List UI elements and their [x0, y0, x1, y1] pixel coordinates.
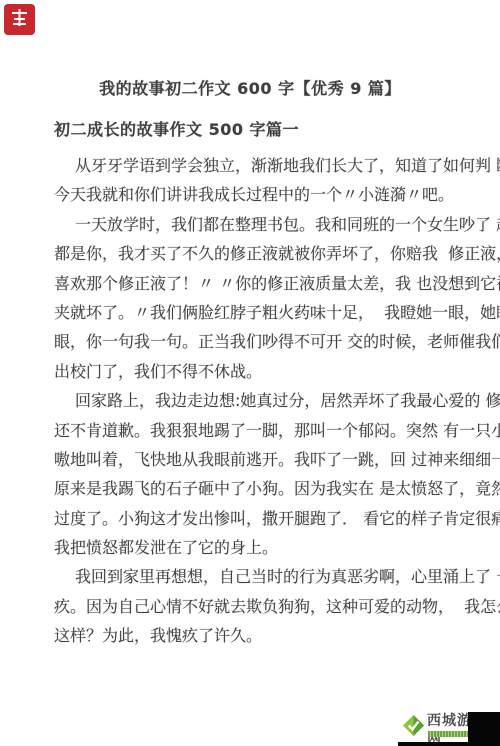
essay-line: 原来是我踢飞的石子砸中了小狗。因为我实在 是太愤怒了，竟然用力 [54, 474, 450, 503]
essay-line: 还不肯道歉。我狠狠地踢了一脚，那叫一个郁闷。突然 有一只小狗嗷 [54, 416, 450, 445]
essay-line: 夹就坏了。〃我们俩脸红脖子粗火药味十足， 我瞪她一眼，她瞪我一 [54, 298, 450, 327]
essay-line: 今天我就和你们讲讲我成长过程中的一个〃小涟漪〃吧。 [54, 180, 450, 209]
watermark-logo-icon [402, 714, 425, 737]
essay-line: 我把愤怒都发泄在了它的身上。 [54, 533, 450, 562]
page-title: 我的故事初二作文 600 字【优秀 9 篇】 [0, 76, 500, 99]
corner-black-block [468, 712, 500, 746]
essay-line: 从牙牙学语到学会独立，渐渐地我们长大了，知道了如何判 断是非， [54, 151, 450, 180]
bottom-black-strip [398, 742, 468, 746]
essay-line: 都是你，我才买了不久的修正液就被你弄坏了，你赔我 修正液，我可 [54, 239, 450, 268]
essay-line: 眼，你一句我一句。正当我们吵得不可开 交的时候，老师催我们排队 [54, 327, 450, 356]
essay-body: 从牙牙学语到学会独立，渐渐地我们长大了，知道了如何判 断是非，今天我就和你们讲讲… [54, 151, 450, 651]
essay-line: 一天放学时，我们都在整理书包。我和同班的一个女生吵了 起来:〃 [54, 210, 450, 239]
essay-line: 回家路上，我边走边想:她真过分，居然弄坏了我最心爱的 修正液， [54, 386, 450, 415]
corner-badge [4, 4, 35, 35]
essay-subtitle: 初二成长的故事作文 500 字篇一 [54, 117, 299, 140]
essay-line: 疚。因为自己心情不好就去欺负狗狗，这种可爱的动物， 我怎么可以 [54, 592, 450, 621]
essay-line: 这样？为此，我愧疚了许久。 [54, 621, 450, 650]
essay-line: 出校门了，我们不得不休战。 [54, 357, 450, 386]
document-page: 我的故事初二作文 600 字【优秀 9 篇】 初二成长的故事作文 500 字篇一… [0, 0, 500, 746]
badge-glyph-icon [9, 7, 30, 32]
essay-line: 嗷地叫着，飞快地从我眼前逃开。我吓了一跳，回 过神来细细一想， [54, 445, 450, 474]
essay-line: 过度了。小狗这才发出惨叫，撒开腿跑了． 看它的样子肯定很痛，是 [54, 504, 450, 533]
essay-line: 我回到家里再想想，自己当时的行为真恶劣啊，心里涌上了 一股愧 [54, 562, 450, 591]
essay-line: 喜欢那个修正液了！〃 〃你的修正液质量太差，我 也没想到它被门一 [54, 269, 450, 298]
